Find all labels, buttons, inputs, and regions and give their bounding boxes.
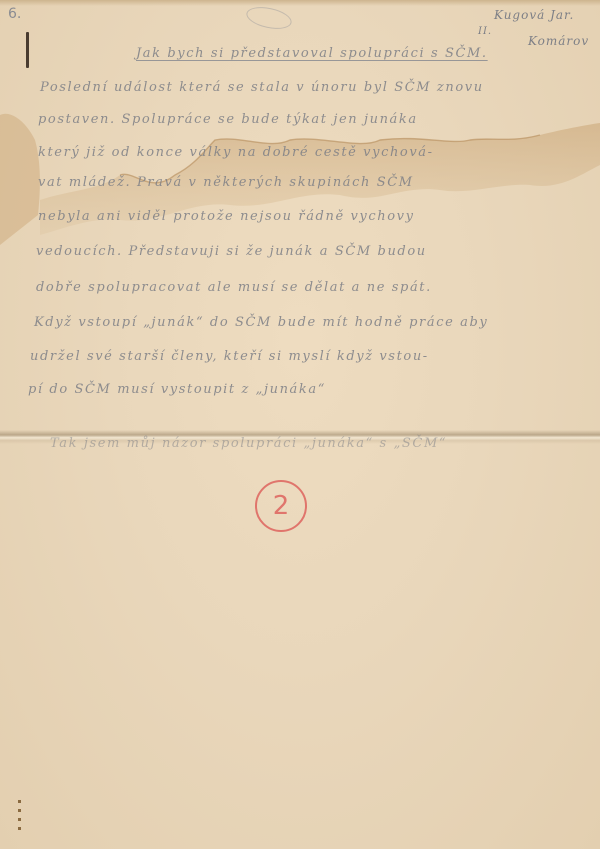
margin-mark	[26, 32, 29, 68]
text-line: udržel své starší členy, kteří si myslí …	[30, 349, 429, 364]
text-line: Poslední událost která se stala v únoru …	[40, 80, 484, 95]
school-name: Komárov	[528, 34, 589, 48]
text-line: vat mládež. Pravá v některých skupinách …	[38, 175, 414, 190]
text-line: vedoucích. Představuji si že junák a SČM…	[36, 244, 427, 259]
author-name: Kugová Jar.	[494, 8, 574, 22]
text-line: Když vstoupí „junák“ do SČM bude mít hod…	[34, 315, 488, 330]
text-line: dobře spolupracovat ale musí se dělat a …	[36, 280, 432, 295]
text-line: pí do SČM musí vystoupit z „junáka“	[28, 382, 326, 397]
document-title: Jak bych si představoval spolupráci s SČ…	[136, 46, 488, 61]
text-line: nebyla ani viděl protože nejsou řádně vy…	[38, 209, 415, 224]
class-label: II.	[478, 26, 492, 37]
page-number: 6.	[8, 6, 21, 22]
scanned-document-page: 6. Kugová Jar. II. Komárov Jak bych si p…	[0, 0, 600, 849]
margin-dots	[18, 800, 21, 830]
pencil-smudge	[244, 3, 293, 32]
paper-top-edge	[0, 0, 600, 6]
folio-stamp: 2	[255, 480, 307, 532]
faint-erased-line: Tak jsem můj názor spolupráci „junáka“ s…	[50, 436, 447, 451]
text-line: který již od konce války na dobré cestě …	[38, 145, 434, 160]
text-line: postaven. Spolupráce se bude týkat jen j…	[38, 112, 418, 127]
